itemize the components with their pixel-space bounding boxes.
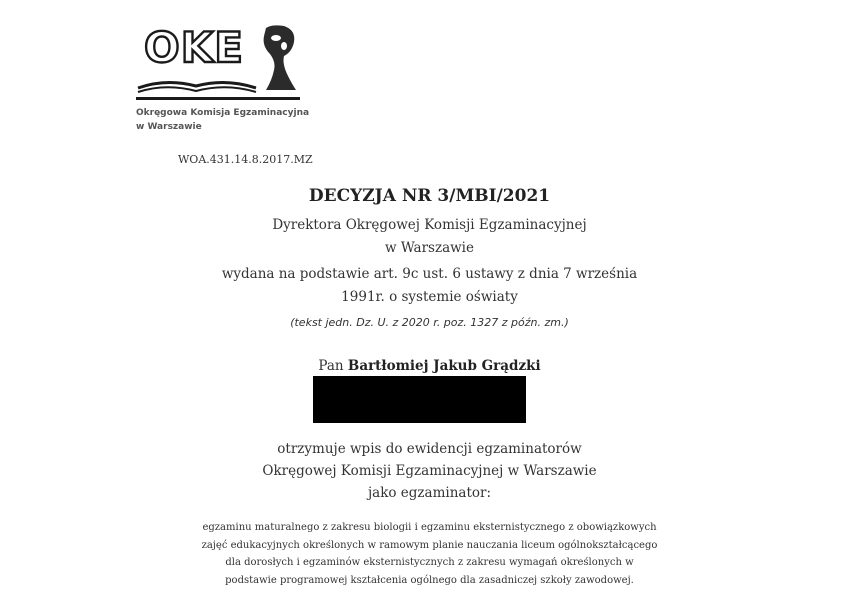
logo-acronym: OKE <box>144 24 244 72</box>
recipient-line: Pan Bartłomiej Jakub Grądzki <box>0 358 859 374</box>
legal-basis-line-2: 1991r. o systemie oświaty <box>0 289 859 305</box>
scope-line: podstawie programowej kształcenia ogólne… <box>0 572 859 590</box>
scope-line: dla dorosłych i egzaminów eksternistyczn… <box>0 554 859 572</box>
book-icon <box>136 74 260 94</box>
issuer-line-2: w Warszawie <box>0 240 859 256</box>
recipient-prefix: Pan <box>318 358 343 374</box>
decision-line-3: jako egzaminator: <box>0 485 859 501</box>
decision-line-1: otrzymuje wpis do ewidencji egzaminatoró… <box>0 441 859 457</box>
logo-org-line1: Okręgowa Komisja Egzaminacyjna <box>136 106 309 120</box>
scope-line: zajęć edukacyjnych określonych w ramowym… <box>0 537 859 555</box>
reference-number: WOA.431.14.8.2017.MZ <box>178 153 313 166</box>
recipient-name: Bartłomiej Jakub Grądzki <box>348 358 541 374</box>
redaction-block <box>313 376 526 423</box>
issuer-line-1: Dyrektora Okręgowej Komisji Egzaminacyjn… <box>0 217 859 233</box>
logo-org-name: Okręgowa Komisja Egzaminacyjna w Warszaw… <box>136 106 309 134</box>
decision-title: DECYZJA NR 3/MBI/2021 <box>0 186 859 206</box>
scope-paragraph: egzaminu maturalnego z zakresu biologii … <box>0 519 859 589</box>
logo-org-line2: w Warszawie <box>136 120 309 134</box>
fist-statue-icon <box>258 24 298 92</box>
legal-basis-note: (tekst jedn. Dz. U. z 2020 r. poz. 1327 … <box>0 316 859 329</box>
scope-line: egzaminu maturalnego z zakresu biologii … <box>0 519 859 537</box>
logo-rule <box>136 97 300 100</box>
legal-basis-line-1: wydana na podstawie art. 9c ust. 6 ustaw… <box>0 266 859 282</box>
decision-line-2: Okręgowej Komisji Egzaminacyjnej w Warsz… <box>0 463 859 479</box>
oke-logo: OKE Okręgowa Komisja Egzaminacyjna w War… <box>136 22 306 137</box>
